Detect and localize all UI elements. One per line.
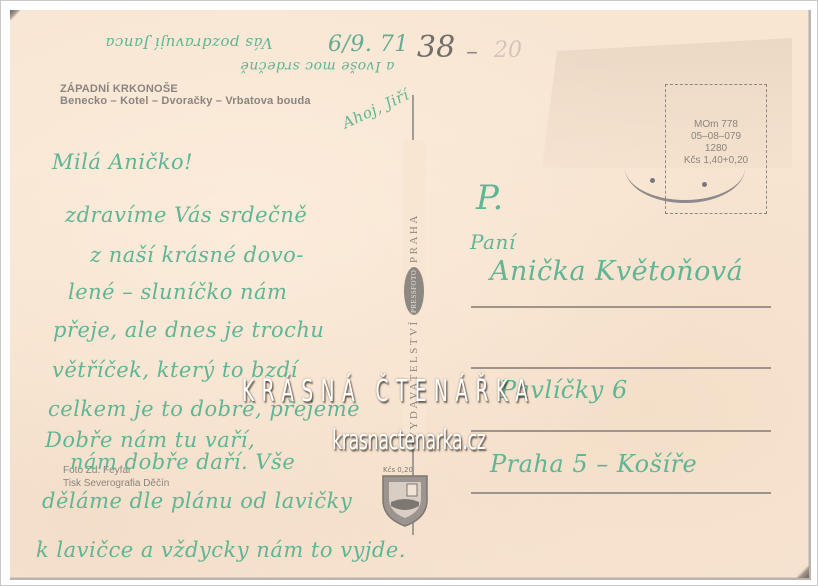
- recipient-title: Paní: [470, 230, 516, 254]
- postmark-icon: [625, 130, 745, 203]
- watermark-url: krasnactenarka.cz: [332, 423, 486, 456]
- message-line: děláme dle plánu od lavičky: [42, 489, 352, 513]
- message-line: Milá Aničko!: [52, 150, 193, 174]
- pencil-price: 38: [417, 30, 455, 65]
- message-line: nám dobře daří. Vše: [70, 450, 295, 474]
- message-line: Dobře nám tu vaří,: [45, 428, 255, 452]
- message-line: lené – sluníčko nám: [68, 280, 287, 304]
- address-line: [471, 367, 771, 369]
- handwriting-upside-down: Vás pozdravují Janca: [105, 34, 272, 52]
- address-line: [471, 430, 771, 432]
- message-line: přeje, ale dnes je trochu: [53, 318, 324, 342]
- corner-wear: [797, 566, 809, 578]
- postcard: ZÁPADNÍ KRKONOŠE Benecko – Kotel – Dvora…: [10, 10, 811, 580]
- address-line: [471, 306, 771, 308]
- charity-stamp-icon: Kčs 0,20: [369, 462, 441, 532]
- watermark-title: KRÁSNÁ ČTENÁŘKA: [242, 374, 535, 409]
- pressfoto-logo-icon: PRESSFOTO: [404, 267, 424, 315]
- recipient-city: Praha 5 – Košíře: [490, 450, 697, 478]
- postcard-title: ZÁPADNÍ KRKONOŠE: [60, 83, 178, 95]
- publisher-city: PRAHA: [403, 213, 425, 263]
- charity-stamp-value: Kčs 0,20: [383, 466, 413, 474]
- message-line: k lavičce a vždycky nám to vyjde.: [36, 538, 406, 562]
- handwriting-upside-down: a Ivoše moc srdečně: [240, 58, 394, 74]
- postmark-dot-icon: [702, 182, 707, 187]
- address-line: [471, 492, 771, 494]
- postcard-subtitle: Benecko – Kotel – Dvoračky – Vrbatova bo…: [60, 95, 311, 107]
- postmark-dot-icon: [650, 178, 655, 183]
- address-salutation: P.: [476, 178, 504, 218]
- print-credit: Tisk Severografia Děčín: [63, 478, 169, 489]
- message-line: z naší krásné dovo-: [90, 243, 304, 267]
- pencil-dash: –: [466, 37, 478, 65]
- pencil-faded-number: 20: [494, 38, 522, 63]
- handwritten-date: 6/9. 71: [328, 32, 409, 57]
- image-frame: ZÁPADNÍ KRKONOŠE Benecko – Kotel – Dvora…: [0, 0, 818, 586]
- corner-wear: [10, 10, 20, 20]
- message-line: zdravíme Vás srdečně: [65, 203, 307, 227]
- recipient-name: Anička Květoňová: [490, 256, 743, 287]
- handwritten-side-note: Ahoj, Jiří: [340, 86, 412, 133]
